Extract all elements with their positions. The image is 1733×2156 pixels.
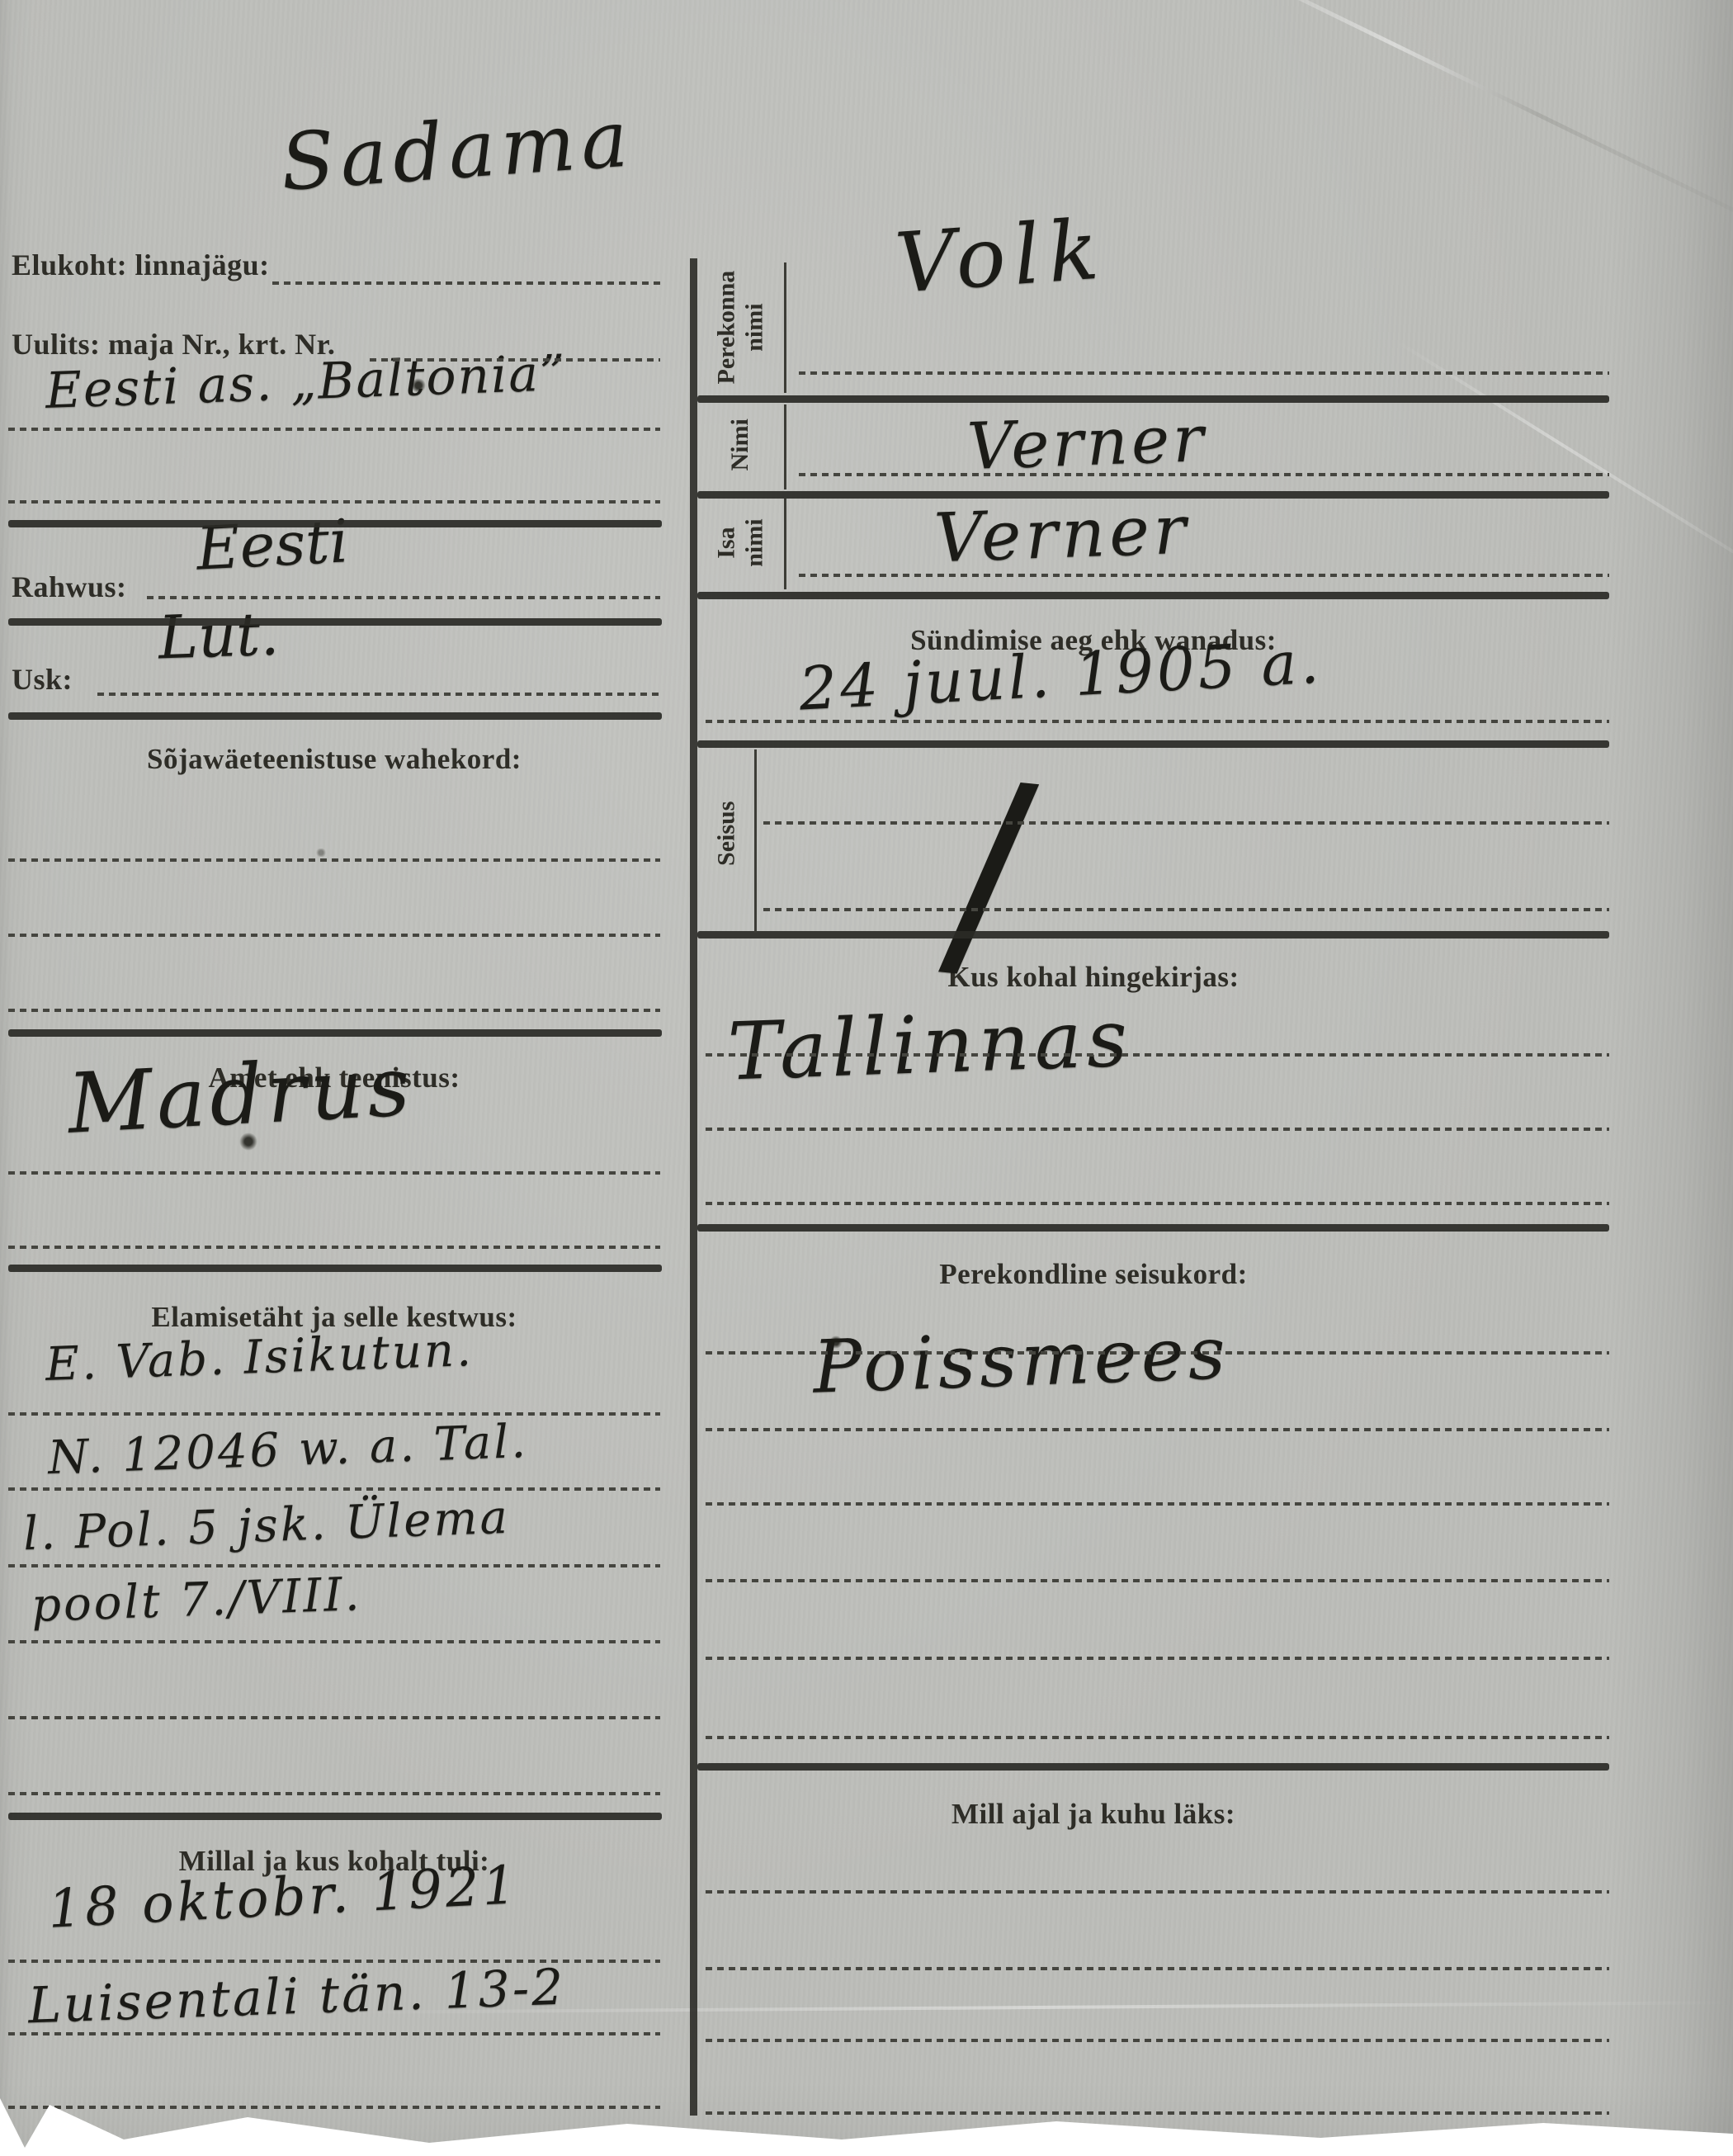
handwriting-elamisetaht-line4: poolt 7./VIII. (31, 1567, 362, 1633)
dashed-line (799, 371, 1609, 375)
rule-line (697, 592, 1609, 599)
field-label-nimi-text: Nimi (726, 418, 754, 470)
rule-line (8, 618, 662, 626)
field-label-elukoht: Elukoht: linnajägu: (12, 248, 270, 282)
scanned-registration-card: Elukoht: linnajägu: Uulits: maja Nr., kr… (0, 0, 1733, 2156)
field-label-perekonna-nimi: Perekonna nimi (698, 261, 782, 395)
rule-line (8, 1029, 662, 1037)
ink-blot (239, 1132, 257, 1151)
dashed-line (97, 693, 660, 696)
label-separator-line (784, 262, 786, 393)
section-header-kus-kohal: Kus kohal hingekirjas: (697, 961, 1490, 994)
field-label-perekonna-nimi-text: Perekonna nimi (712, 271, 767, 385)
dashed-line (763, 908, 1609, 911)
field-label-usk: Usk: (12, 662, 73, 697)
dashed-line (8, 1564, 660, 1567)
dashed-line (706, 1579, 1609, 1582)
fold-crease (1395, 340, 1733, 588)
dashed-line (370, 358, 660, 362)
handwriting-isa-nimi: Verner (933, 491, 1191, 579)
dashed-line (8, 2106, 660, 2109)
dashed-line (706, 1428, 1609, 1431)
rule-line (8, 712, 662, 720)
dashed-line (706, 1351, 1609, 1355)
column-divider (690, 258, 697, 2116)
dashed-line (8, 1412, 660, 1416)
label-separator-line (784, 404, 786, 489)
field-label-isa-nimi-text: Isa nimi (712, 519, 767, 567)
dashed-line (8, 1487, 660, 1491)
dashed-line (706, 1502, 1609, 1506)
label-separator-line (784, 499, 786, 589)
paper-sheet: Elukoht: linnajägu: Uulits: maja Nr., kr… (0, 0, 1733, 2156)
fold-crease (1220, 0, 1733, 244)
rule-line (8, 1813, 662, 1820)
field-label-rahwus: Rahwus: (12, 570, 127, 604)
dashed-line (706, 1967, 1609, 1970)
dashed-line (706, 1657, 1609, 1660)
handwriting-perekonna-nimi: Volk (892, 201, 1109, 312)
section-header-perekondline: Perekondline seisukord: (697, 1258, 1490, 1291)
dashed-line (706, 2111, 1609, 2115)
handwriting-millal-line2: Luisentali tän. 13-2 (27, 1959, 566, 2035)
dashed-line (799, 473, 1609, 476)
field-label-isa-nimi: Isa nimi (698, 497, 782, 589)
dashed-line (799, 574, 1609, 577)
dashed-line (8, 1960, 660, 1963)
dashed-line (8, 2032, 660, 2035)
dashed-line (763, 821, 1609, 825)
dashed-line (8, 858, 660, 862)
dashed-line (8, 1009, 660, 1012)
handwriting-kus-kohal: Tallinnas (726, 991, 1134, 1098)
ink-blot (829, 1336, 843, 1349)
field-label-seisus-text: Seisus (712, 801, 740, 866)
handwriting-usk: Lut. (158, 598, 281, 672)
dashed-line (8, 1640, 660, 1643)
dashed-line (706, 1736, 1609, 1739)
rule-line (697, 740, 1609, 748)
rule-line (697, 491, 1609, 499)
dashed-line (8, 1171, 660, 1175)
rule-line (697, 1763, 1609, 1771)
handwriting-elamisetaht-line3: l. Pol. 5 jsk. Ülema (22, 1491, 511, 1562)
section-header-sojawaeteenistus: Sõjawäeteenistuse wahekord: (8, 743, 660, 776)
field-label-nimi: Nimi (698, 401, 782, 489)
dashed-line (706, 1202, 1609, 1205)
rule-line (8, 1265, 662, 1272)
rule-line (697, 395, 1609, 403)
dashed-line (706, 720, 1609, 723)
rule-line (697, 1224, 1609, 1232)
ink-blot (411, 378, 426, 393)
handwriting-rahwus: Eesti (195, 506, 350, 584)
handwriting-linnajagu: Sadama (278, 93, 637, 209)
dashed-line (8, 1246, 660, 1249)
rule-line (8, 520, 662, 527)
dashed-line (706, 1053, 1609, 1057)
dashed-line (706, 1890, 1609, 1894)
handwriting-perekondline: Poissmees (811, 1310, 1230, 1410)
dashed-line (8, 428, 660, 431)
dashed-line (8, 500, 660, 504)
rule-line (697, 931, 1609, 939)
field-label-seisus: Seisus (700, 768, 753, 900)
dashed-line (706, 1128, 1609, 1131)
section-header-mill-ajal: Mill ajal ja kuhu läks: (697, 1798, 1490, 1831)
dashed-line (706, 2039, 1609, 2042)
dashed-line (147, 596, 660, 599)
label-separator-line (754, 749, 757, 933)
dashed-line (8, 1792, 660, 1795)
dashed-line (272, 281, 660, 285)
dashed-line (8, 934, 660, 937)
dashed-line (8, 1716, 660, 1719)
smudge (315, 849, 327, 857)
handwriting-elamisetaht-line2: N. 12046 w. a. Tal. (47, 1415, 529, 1485)
